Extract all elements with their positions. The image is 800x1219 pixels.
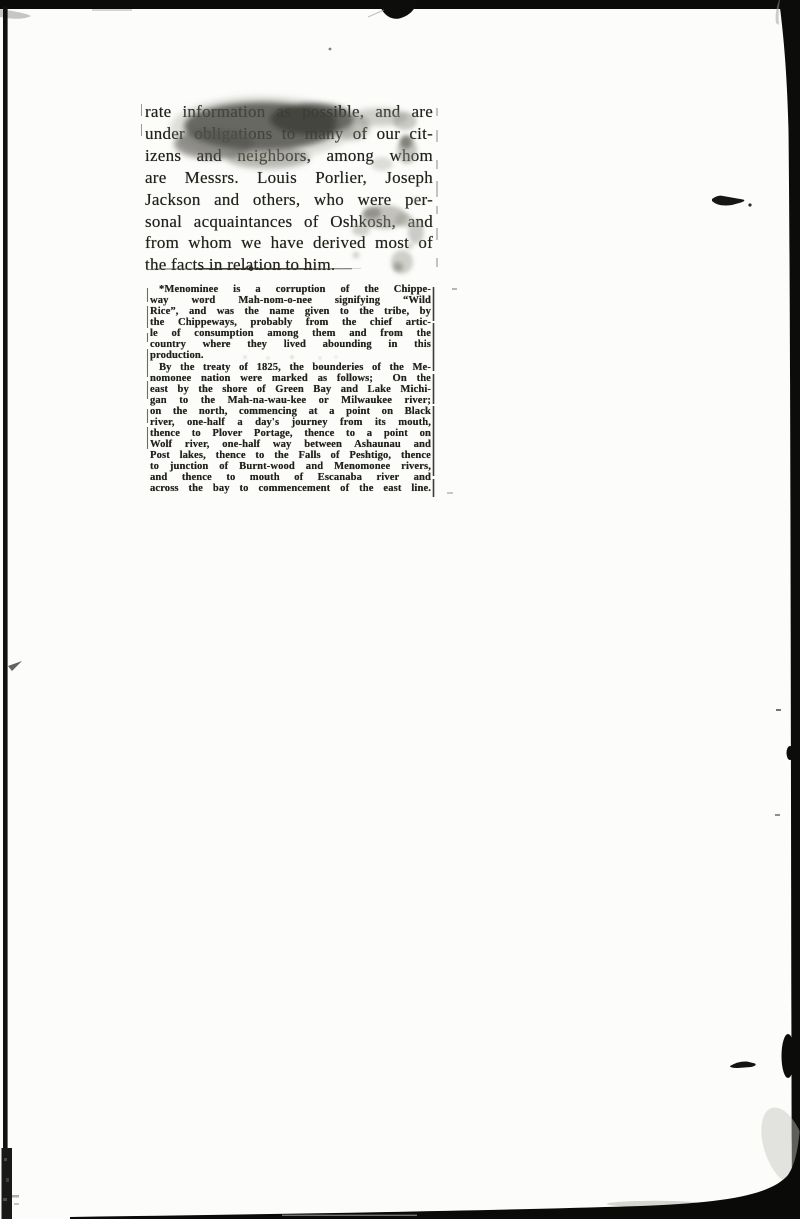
text-line: the facts in relation to him. [145,254,433,276]
text-line: rate information as possible, and are [145,101,433,123]
text-line: *Menominee is a corruption of the Chippe… [150,284,431,295]
ink-mark [712,196,744,206]
scan-edge-bottom [70,1102,800,1219]
text-line: east by the shore of Green Bay and Lake … [150,384,431,395]
text-line: Rice”, and was the name given to the tri… [150,306,431,317]
footnote-block: *Menominee is a corruption of the Chippe… [150,284,431,494]
text-line: By the treaty of 1825, the bounderies of… [150,362,431,373]
edge-blob [782,1034,795,1078]
text-line: nomonee nation were marked as follows; O… [150,373,431,384]
text-line: Jackson and others, who were per- [145,189,433,211]
scan-edge-left [2,6,23,1219]
ink-mark [730,1061,756,1068]
text-line: across the bay to commencement of the ea… [150,483,431,494]
page-corner-curl [753,1102,800,1190]
text-line: under obligations to many of our cit- [145,123,433,145]
text-line: izens and neighbors, among whom [145,145,433,167]
ink-speck [748,203,751,206]
article-paragraph: rate information as possible, and areund… [145,101,433,276]
text-line: Wolf river, one-half way between Ashauna… [150,439,431,450]
edge-speckle-strip [2,1148,13,1219]
ink-speck [329,48,332,51]
scanned-page: rate information as possible, and areund… [0,0,800,1219]
scan-edge-top [0,0,800,19]
edge-nick [8,661,22,671]
torn-paper-mark [329,0,417,50]
text-line: Post lakes, thence to the Falls of Pesht… [150,450,431,461]
text-line: sonal acquaintances of Oshkosh, and [145,211,433,233]
edge-blob [787,746,794,760]
page-corner-curl [0,9,31,19]
text-line: to junction of Burnt-wood and Menomonee … [150,461,431,472]
text-line: thence to Plover Portage, thence to a po… [150,428,431,439]
text-line: way word Mah-nom-o-nee signifying “Wild [150,295,431,306]
text-line: and thence to mouth of Escanaba river an… [150,472,431,483]
text-line: from whom we have derived most of [145,232,433,254]
text-line: on the north, commencing at a point on B… [150,406,431,417]
text-line: the Chippeways, probably from the chief … [150,317,431,328]
text-line: are Messrs. Louis Porlier, Joseph [145,167,433,189]
text-line: production. [150,350,431,361]
scan-edge-right [775,0,800,1219]
text-line: country where they lived abounding in th… [150,339,431,350]
text-line: river, one-half a day's journey from its… [150,417,431,428]
text-line: le of consumption among them and from th… [150,328,431,339]
text-line: gan to the Mah-na-wau-kee or Milwaukee r… [150,395,431,406]
